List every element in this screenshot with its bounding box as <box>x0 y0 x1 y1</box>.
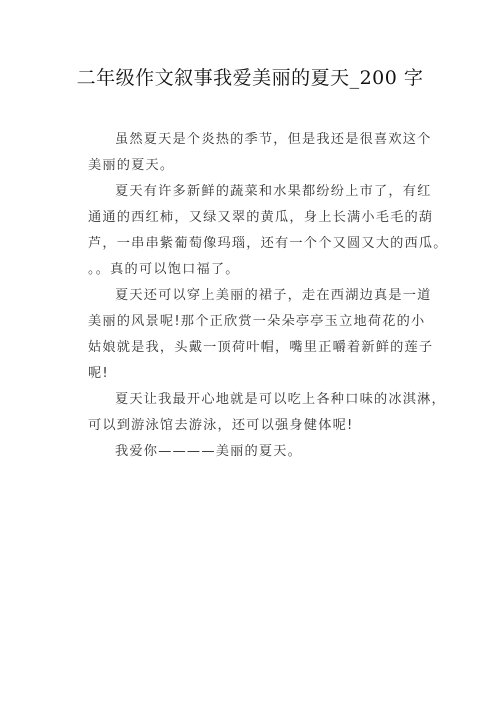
text-line: 夏天有许多新鲜的蔬菜和水果都纷纷上市了，有红 <box>88 179 413 205</box>
text-line: 可以到游泳馆去游泳，还可以强身健体呢! <box>88 413 413 439</box>
text-line: 芦，一串串紫葡萄像玛瑙，还有一个个又圆又大的西瓜。 <box>88 231 413 257</box>
document-body: 虽然夏天是个炎热的季节，但是我还是很喜欢这个 美丽的夏天。 夏天有许多新鲜的蔬菜… <box>88 127 413 465</box>
text-line: 我爱你————美丽的夏天。 <box>88 439 413 465</box>
document-page: 二年级作文叙事我爱美丽的夏天_200 字 虽然夏天是个炎热的季节，但是我还是很喜… <box>0 0 500 708</box>
text-line: 姑娘就是我，头戴一顶荷叶帽，嘴里正嚼着新鲜的莲子 <box>88 335 413 361</box>
text-line: 美丽的风景呢!那个正欣赏一朵朵亭亭玉立地荷花的小 <box>88 309 413 335</box>
text-line: 夏天还可以穿上美丽的裙子，走在西湖边真是一道 <box>88 283 413 309</box>
text-line: 美丽的夏天。 <box>88 153 413 179</box>
document-title: 二年级作文叙事我爱美丽的夏天_200 字 <box>0 66 500 90</box>
text-line: 通通的西红柿，又绿又翠的黄瓜，身上长满小毛毛的葫 <box>88 205 413 231</box>
text-line: 呢! <box>88 361 413 387</box>
text-line: 虽然夏天是个炎热的季节，但是我还是很喜欢这个 <box>88 127 413 153</box>
text-line: 夏天让我最开心地就是可以吃上各种口味的冰淇淋， <box>88 387 413 413</box>
text-line: 。。真的可以饱口福了。 <box>88 257 413 283</box>
